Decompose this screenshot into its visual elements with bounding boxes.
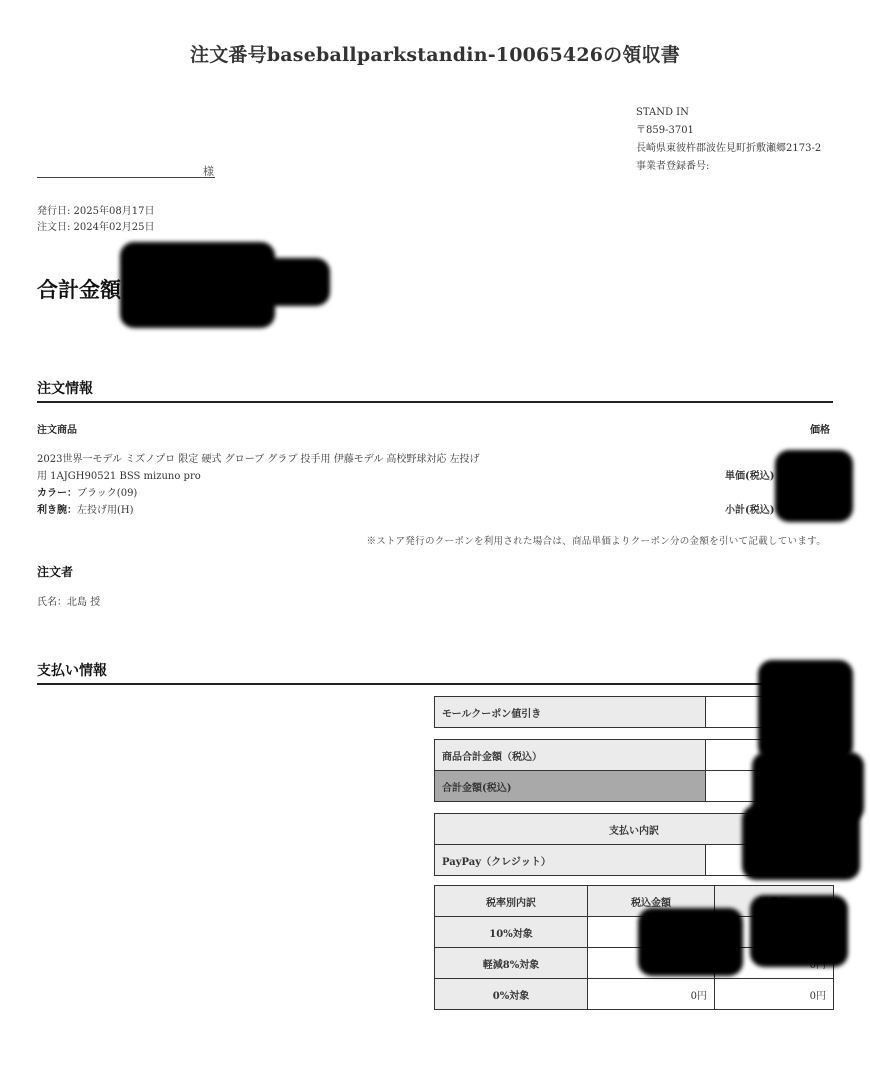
recipient-line bbox=[37, 177, 215, 178]
item-color: カラー：ブラック(09) bbox=[37, 485, 537, 502]
customer-heading: 注文者 bbox=[37, 563, 73, 580]
tax-row-amount: 0円 bbox=[588, 979, 715, 1010]
redaction-price bbox=[775, 450, 853, 522]
item-color-value: ブラック(09) bbox=[77, 488, 137, 499]
item-name-line2: 用 1AJGH90521 BSS mizuno pro bbox=[37, 468, 537, 485]
tax-row-label: 10%対象 bbox=[435, 917, 588, 948]
col-item-header: 注文商品 bbox=[37, 421, 77, 436]
item-name-line1: 2023世界一モデル ミズノプロ 限定 硬式 グローブ グラブ 投手用 伊藤モデ… bbox=[37, 451, 537, 468]
customer-name: 氏名：北島 授 bbox=[37, 593, 100, 608]
redaction-payment-1 bbox=[758, 660, 853, 760]
product-total-label: 商品合計金額（税込） bbox=[435, 740, 706, 771]
seller-address: 長崎県東彼杵郡波佐見町折敷瀬郷2173-2 bbox=[636, 140, 821, 158]
seller-postal: 〒859-3701 bbox=[636, 122, 821, 140]
mall-coupon-label: モールクーポン値引き bbox=[435, 697, 706, 728]
redaction-total-2 bbox=[180, 258, 330, 306]
unit-price-label: 単価(税込) bbox=[725, 467, 774, 482]
total-amount-label: 合計金額: bbox=[37, 274, 129, 304]
tax-row-label: 軽減8%対象 bbox=[435, 948, 588, 979]
redaction-tax-amount bbox=[638, 908, 743, 976]
order-item: 2023世界一モデル ミズノプロ 限定 硬式 グローブ グラブ 投手用 伊藤モデ… bbox=[37, 451, 537, 519]
item-hand: 利き腕：左投げ用(H) bbox=[37, 502, 537, 519]
issue-date: 発行日: 2025年08月17日 bbox=[37, 204, 154, 220]
table-row: 0%対象 0円 0円 bbox=[435, 979, 834, 1010]
receipt-title: 注文番号baseballparkstandin-10065426の領収書 bbox=[0, 40, 870, 67]
order-info-heading: 注文情報 bbox=[37, 378, 93, 398]
seller-registration: 事業者登録番号: bbox=[636, 158, 821, 176]
tax-header-rate: 税率別内訳 bbox=[435, 886, 588, 917]
dates: 発行日: 2025年08月17日 注文日: 2024年02月25日 bbox=[37, 204, 154, 236]
tax-row-tax: 0円 bbox=[715, 979, 834, 1010]
item-hand-label: 利き腕： bbox=[37, 505, 77, 516]
seller-info: STAND IN 〒859-3701 長崎県東彼杵郡波佐見町折敷瀬郷2173-2… bbox=[636, 104, 821, 176]
tax-row-label: 0%対象 bbox=[435, 979, 588, 1010]
item-hand-value: 左投げ用(H) bbox=[77, 505, 134, 516]
subtotal-label: 小計(税込) bbox=[725, 501, 774, 516]
payment-info-heading: 支払い情報 bbox=[37, 660, 107, 680]
payment-method-label: PayPay（クレジット） bbox=[435, 845, 706, 876]
order-date: 注文日: 2024年02月25日 bbox=[37, 220, 154, 236]
recipient-suffix: 様 bbox=[203, 163, 214, 179]
item-color-label: カラー： bbox=[37, 488, 77, 499]
redaction-tax-value bbox=[750, 895, 848, 967]
redaction-payment-3 bbox=[742, 805, 860, 880]
grand-total-label: 合計金額(税込) bbox=[435, 771, 706, 802]
payment-info-rule bbox=[37, 683, 833, 685]
coupon-note: ※ストア発行のクーポンを利用された場合は、商品単価よりクーポン分の金額を引いて記… bbox=[366, 533, 826, 547]
seller-name: STAND IN bbox=[636, 104, 821, 122]
order-info-rule bbox=[37, 401, 833, 403]
col-price-header: 価格 bbox=[810, 421, 830, 436]
